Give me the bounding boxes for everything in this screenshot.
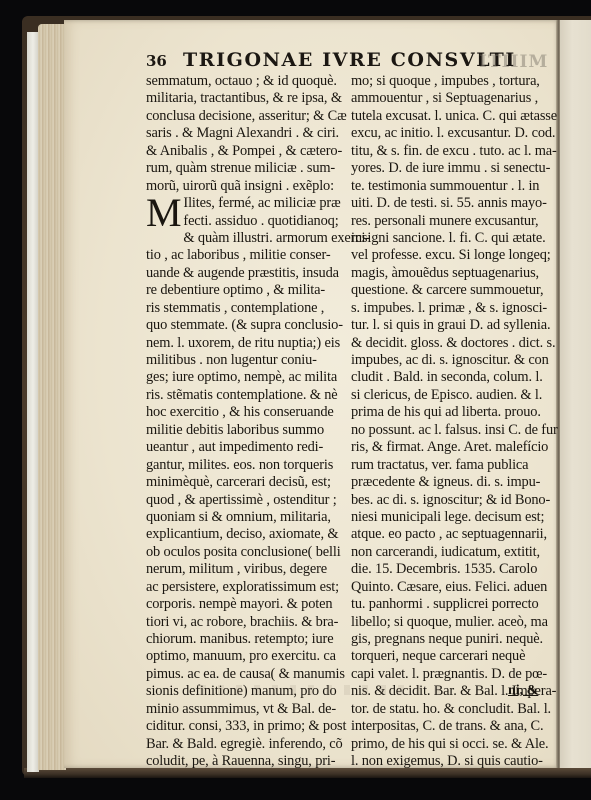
text-line: Bar. & Bald. egregiè. inferendo, cõ bbox=[146, 736, 342, 753]
right-text-column: mo; si quoque , impubes , tortura, ammou… bbox=[351, 73, 556, 771]
text-line: tor. de statu. ho. & concludit. Bal. l. bbox=[351, 701, 556, 718]
text-line: coludit, pe, à Rauenna, singu, pri- bbox=[146, 753, 342, 770]
text-line: ob oculos posita conclusione( belli bbox=[146, 544, 342, 561]
text-line: quo stemmate. (& supra conclusio- bbox=[146, 317, 342, 334]
text-line: vel professe. excu. Si longe longeq; bbox=[351, 247, 556, 264]
bleed-through-text: ITIIIM bbox=[479, 52, 548, 72]
text-line: si clericus, de Episco. audien. & l. bbox=[351, 387, 556, 404]
text-line: titu, & s. fin. de excu . tuto. ac l. ma… bbox=[351, 143, 556, 160]
text-line: minimèquè, carcerari decisũ, est; bbox=[146, 474, 342, 491]
running-title: TRIGONAE IVRE CONSVLTI bbox=[183, 49, 516, 71]
text-line: ris stemmatis , contemplatione , bbox=[146, 300, 342, 317]
text-line: nem. l. uxorem, de ritu nuptia;) eis bbox=[146, 335, 342, 352]
text-line: gantur, milites. eos. non torqueris bbox=[146, 457, 342, 474]
text-line: te. testimonia summouentur . l. in bbox=[351, 178, 556, 195]
text-line: libello; si quoque, mulier. aceò, ma bbox=[351, 614, 556, 631]
ink-bleed-smudge bbox=[200, 685, 450, 695]
text-line: primo, de his qui si occi. se. & Ale. bbox=[351, 736, 556, 753]
text-line: hoc exercitio , & his conseruande bbox=[146, 404, 342, 421]
text-line: quod , & apertissimè , ostenditur ; bbox=[146, 492, 342, 509]
text-line: insigni sancione. l. fi. C. qui ætate. bbox=[351, 230, 556, 247]
text-line: tio , ac laboribus , militie conser- bbox=[146, 247, 342, 264]
initial-paragraph: M Ilites, fermé, ac miliciæ præ fecti. a… bbox=[146, 195, 342, 230]
text-line: torqueri, neque carcerari nequè bbox=[351, 648, 556, 665]
text-line: uiti. D. de testi. si. 55. annis mayo- bbox=[351, 195, 556, 212]
text-line: uande & augende præstitis, insuda bbox=[146, 265, 342, 282]
text-line: interpositas, C. de trans. & ana, C. bbox=[351, 718, 556, 735]
text-line: mo; si quoque , impubes , tortura, bbox=[351, 73, 556, 90]
text-line: chiorum. manibus. retempto; iure bbox=[146, 631, 342, 648]
text-line: tu. panhormi . supplicrei porrecto bbox=[351, 596, 556, 613]
text-line: pimus. ac ea. de causa( & manumis bbox=[146, 666, 342, 683]
text-line: s. impubes. l. primæ , & s. ignosci- bbox=[351, 300, 556, 317]
text-line: questione. & carcere summouetur, bbox=[351, 282, 556, 299]
text-line: militibus . non lugentur coniu- bbox=[146, 352, 342, 369]
text-line: magis, àmouẽdus septuagenarius, bbox=[351, 265, 556, 282]
text-line: rum, quàm strenue miliciæ . sum- bbox=[146, 160, 342, 177]
text-line: gis, pregnans neque puniri. nequè. bbox=[351, 631, 556, 648]
text-line: prima de his qui ad liberta. prouo. bbox=[351, 404, 556, 421]
text-line: minio assummimus, vt & Bal. de- bbox=[146, 701, 342, 718]
text-line: re debentiure optimo , & milita- bbox=[146, 282, 342, 299]
text-line: explicantium, deciso, axiomate, & bbox=[146, 526, 342, 543]
text-line: res. personali munere excusantur, bbox=[351, 213, 556, 230]
text-line: ges; iure optimo, nempè, ac milita bbox=[146, 369, 342, 386]
text-line: corporis. nempè mayori. & poten bbox=[146, 596, 342, 613]
text-line: l. non exigemus, D. si quis cautio- bbox=[351, 753, 556, 770]
text-line: ammouentur , si Septuagenarius , bbox=[351, 90, 556, 107]
text-line: impubes, ac di. s. ignoscitur. & con bbox=[351, 352, 556, 369]
text-line: & Anibalis , & Pompei , & cætero- bbox=[146, 143, 342, 160]
text-line: tiori vi, ac robore, brachiis. & bra- bbox=[146, 614, 342, 631]
text-line: bes. ac di. s. ignoscitur; & id Bono- bbox=[351, 492, 556, 509]
text-line: ris, & firmat. Ange. Aret. malefício bbox=[351, 439, 556, 456]
page-stack-edges bbox=[38, 24, 66, 770]
text-line: præcedente & igneus. di. s. impu- bbox=[351, 474, 556, 491]
text-line: rum tractatus, ver. fama publica bbox=[351, 457, 556, 474]
text-line: non carcerandi, iudicatum, extitit, bbox=[351, 544, 556, 561]
page-header: 36 TRIGONAE IVRE CONSVLTI ITIIIM bbox=[146, 49, 546, 71]
text-line: semmatum, octauo ; & id quoquè. bbox=[146, 73, 342, 90]
text-line: nerum, militum , viribus, degere bbox=[146, 561, 342, 578]
catchword: ni, & bbox=[508, 683, 538, 699]
page-number: 36 bbox=[146, 52, 167, 70]
text-line: quoniam si & omnium, militaria, bbox=[146, 509, 342, 526]
text-line: yores. D. de iure immu . si senectu- bbox=[351, 160, 556, 177]
text-line: atque. eo pacto , ac septuagennarii, bbox=[351, 526, 556, 543]
book-scan: 36 TRIGONAE IVRE CONSVLTI ITIIIM semmatu… bbox=[0, 0, 591, 800]
text-line: militie debitis laboribus summo bbox=[146, 422, 342, 439]
text-line: capi valet. l. prægnantis. D. de pœ- bbox=[351, 666, 556, 683]
left-text-column: semmatum, octauo ; & id quoquè. militari… bbox=[146, 73, 342, 771]
text-line: tutela excusat. l. unica. C. qui ætasse bbox=[351, 108, 556, 125]
facing-page bbox=[560, 20, 591, 768]
drop-cap-initial: M bbox=[146, 196, 181, 230]
text-line: conclusa decisione, asseritur; & Cæ bbox=[146, 108, 342, 125]
text-line: ac persistere, exploratissimum est; bbox=[146, 579, 342, 596]
text-line: ciditur. consi, 333, in primo; & post bbox=[146, 718, 342, 735]
text-line: excu, ac initio. l. excusantur. D. cod. bbox=[351, 125, 556, 142]
text-line: cludit . Bald. in seconda, colum. l. bbox=[351, 369, 556, 386]
text-line: die. 15. Decembris. 1535. Carolo bbox=[351, 561, 556, 578]
text-line: no possunt. ac l. falsus. insi C. de fur bbox=[351, 422, 556, 439]
text-line: niesi municipali lege. decisum est; bbox=[351, 509, 556, 526]
text-line: ueantur , aut impedimento redi- bbox=[146, 439, 342, 456]
text-line: morũ, uirorũ quã insigni . exẽplo: bbox=[146, 178, 342, 195]
text-line: optimo, manuum, pro exercitu. ca bbox=[146, 648, 342, 665]
text-line: ris. stẽmatis contemplatione. & nè bbox=[146, 387, 342, 404]
text-line: & decidit. gloss. & doctores . dict. s. bbox=[351, 335, 556, 352]
text-line: tur. l. si quis in graui D. ad syllenia. bbox=[351, 317, 556, 334]
text-line: saris . & Magni Alexandri . & ciri. bbox=[146, 125, 342, 142]
text-line: Quinto. Cæsare, eius. Felici. aduen bbox=[351, 579, 556, 596]
text-line: militaria, tractantibus, & re ipsa, & bbox=[146, 90, 342, 107]
